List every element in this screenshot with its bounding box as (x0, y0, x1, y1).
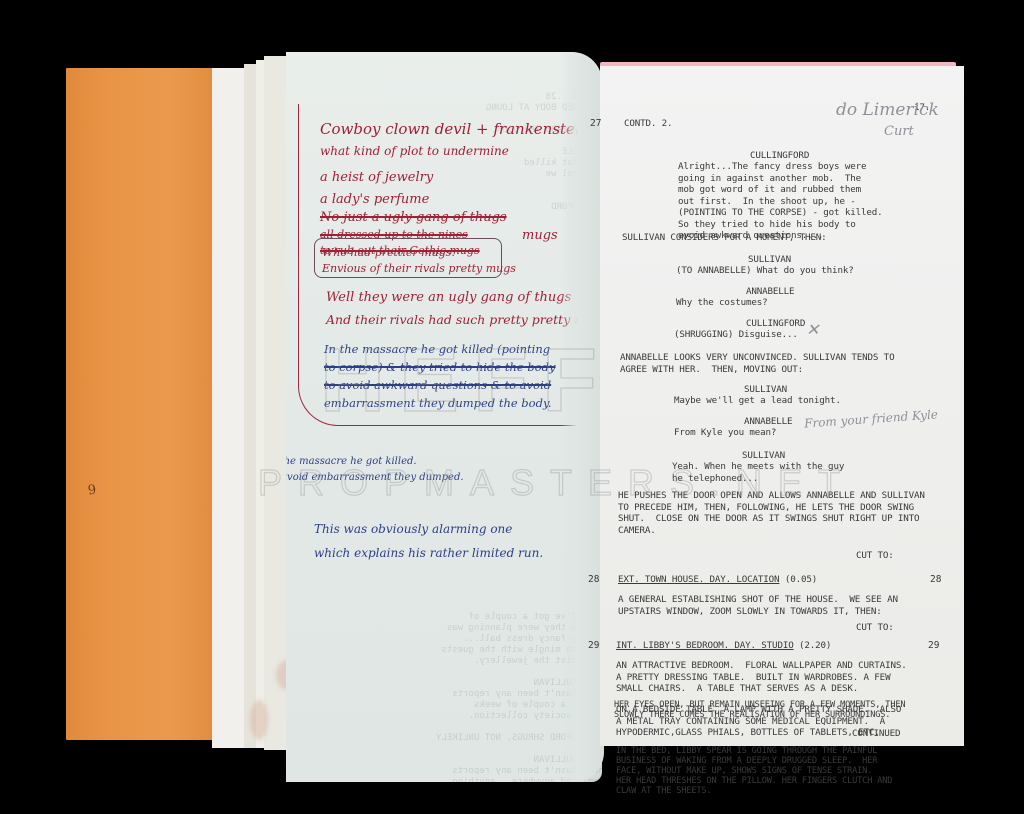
scene-heading: EXT. TOWN HOUSE. DAY. LOCATION (0.05) (618, 574, 817, 586)
character-cue: SULLIVAN (742, 450, 785, 462)
continued-footer: CONTINUED (852, 728, 900, 740)
handwritten-note-blue: This was obviously alarming one (314, 522, 512, 536)
action: ANNABELLE LOOKS VERY UNCONVINCED. SULLIV… (620, 352, 894, 375)
pencil-x-mark: ✕ (806, 320, 819, 339)
scene-number: 28 (588, 574, 599, 585)
handwritten-margin-note: mugs (522, 228, 558, 243)
handwritten-note-blue: embarrassment they dumped the body. (324, 396, 552, 410)
character-cue: ANNABELLE (744, 416, 792, 428)
handwritten-note: Cowboy clown devil + frankenstein (320, 120, 589, 138)
handwritten-note-blue-crossed: To avoid embarrassment they dumped. (286, 472, 464, 483)
dialogue: Alright...The fancy dress boys were goin… (678, 161, 883, 242)
action-line: SULLIVAN CONSIDERS FOR A MOMENT, THEN: (622, 232, 827, 244)
transition: CUT TO: (856, 622, 894, 634)
handwritten-note-boxed: Envious of their rivals pretty mugs (322, 262, 516, 275)
pencil-note: do Limerick (836, 100, 939, 120)
pencil-note: From your friend Kyle (804, 407, 939, 430)
handwritten-note: what kind of plot to undermine (320, 144, 509, 158)
handwritten-note: Well they were an ugly gang of thugs (326, 290, 571, 305)
dialogue: (SHRUGGING) Disguise... (674, 329, 798, 341)
page-edge (212, 68, 246, 748)
handwritten-note-blue: which explains his rather limited run. (314, 546, 543, 560)
pencil-note: Curt (884, 124, 914, 139)
transition: CUT TO: (856, 550, 894, 562)
character-cue: SULLIVAN (744, 384, 787, 396)
action: A GENERAL ESTABLISHING SHOT OF THE HOUSE… (618, 594, 898, 617)
character-cue: ANNABELLE (746, 286, 794, 298)
scene-number: 29 (588, 640, 599, 651)
scene-heading: INT. LIBBY'S BEDROOM. DAY. STUDIO (2.20) (616, 640, 831, 652)
handwritten-note-struck: all dressed up to the nines (320, 228, 468, 241)
handwritten-note-blue: In the massacre he got killed (pointing (324, 342, 550, 356)
character-cue: SULLIVAN (748, 254, 791, 266)
scene-number-right: 29 (928, 640, 939, 651)
script-cover (66, 68, 214, 740)
stain (250, 700, 268, 740)
page-curl-shadow (560, 52, 604, 782)
dialogue: Why the costumes? (676, 297, 767, 309)
scene-number-right: 28 (930, 574, 941, 585)
handwritten-note: a heist of jewelry (320, 170, 433, 185)
scene-number: 27 (590, 118, 601, 129)
dialogue: Yeah. When he meets with the guy he tele… (672, 461, 844, 484)
handwritten-note-boxed: Who had prettier mugs. (322, 246, 455, 259)
action: IN THE BED, LIBBY SPEAR IS GOING THROUGH… (616, 746, 892, 796)
action: AN ATTRACTIVE BEDROOM. FLORAL WALLPAPER … (616, 660, 907, 695)
dialogue: From Kyle you mean? (674, 427, 776, 439)
handwritten-note-blue: to corpse) & they tried to hide the body (324, 360, 556, 374)
action: HER EYES OPEN, BUT REMAIN UNSEEING FOR A… (614, 700, 905, 720)
action: HE PUSHES THE DOOR OPEN AND ALLOWS ANNAB… (618, 490, 925, 536)
handwritten-note-struck: No just a ugly gang of thugs (320, 210, 507, 225)
left-page-annotated: A SMALL PROPS .28 TUG THE COVERED BODY A… (286, 52, 602, 782)
page-edge (264, 56, 288, 750)
handwritten-note-blue-crossed: In the massacre he got killed. (286, 456, 417, 467)
handwritten-note-blue: to avoid awkward questions & to avoid (324, 378, 551, 392)
handwritten-note: a lady's perfume (320, 192, 429, 207)
right-page-typescript: 17. 27 CONTD. 2. do Limerick Curt CULLIN… (600, 66, 964, 746)
contd-label: CONTD. 2. (624, 118, 672, 130)
dialogue: (TO ANNABELLE) What do you think? (676, 265, 854, 277)
character-cue: CULLINGFORD (750, 150, 809, 162)
dialogue: Maybe we'll get a lead tonight. (674, 395, 841, 407)
character-cue: CULLINGFORD (746, 318, 805, 330)
